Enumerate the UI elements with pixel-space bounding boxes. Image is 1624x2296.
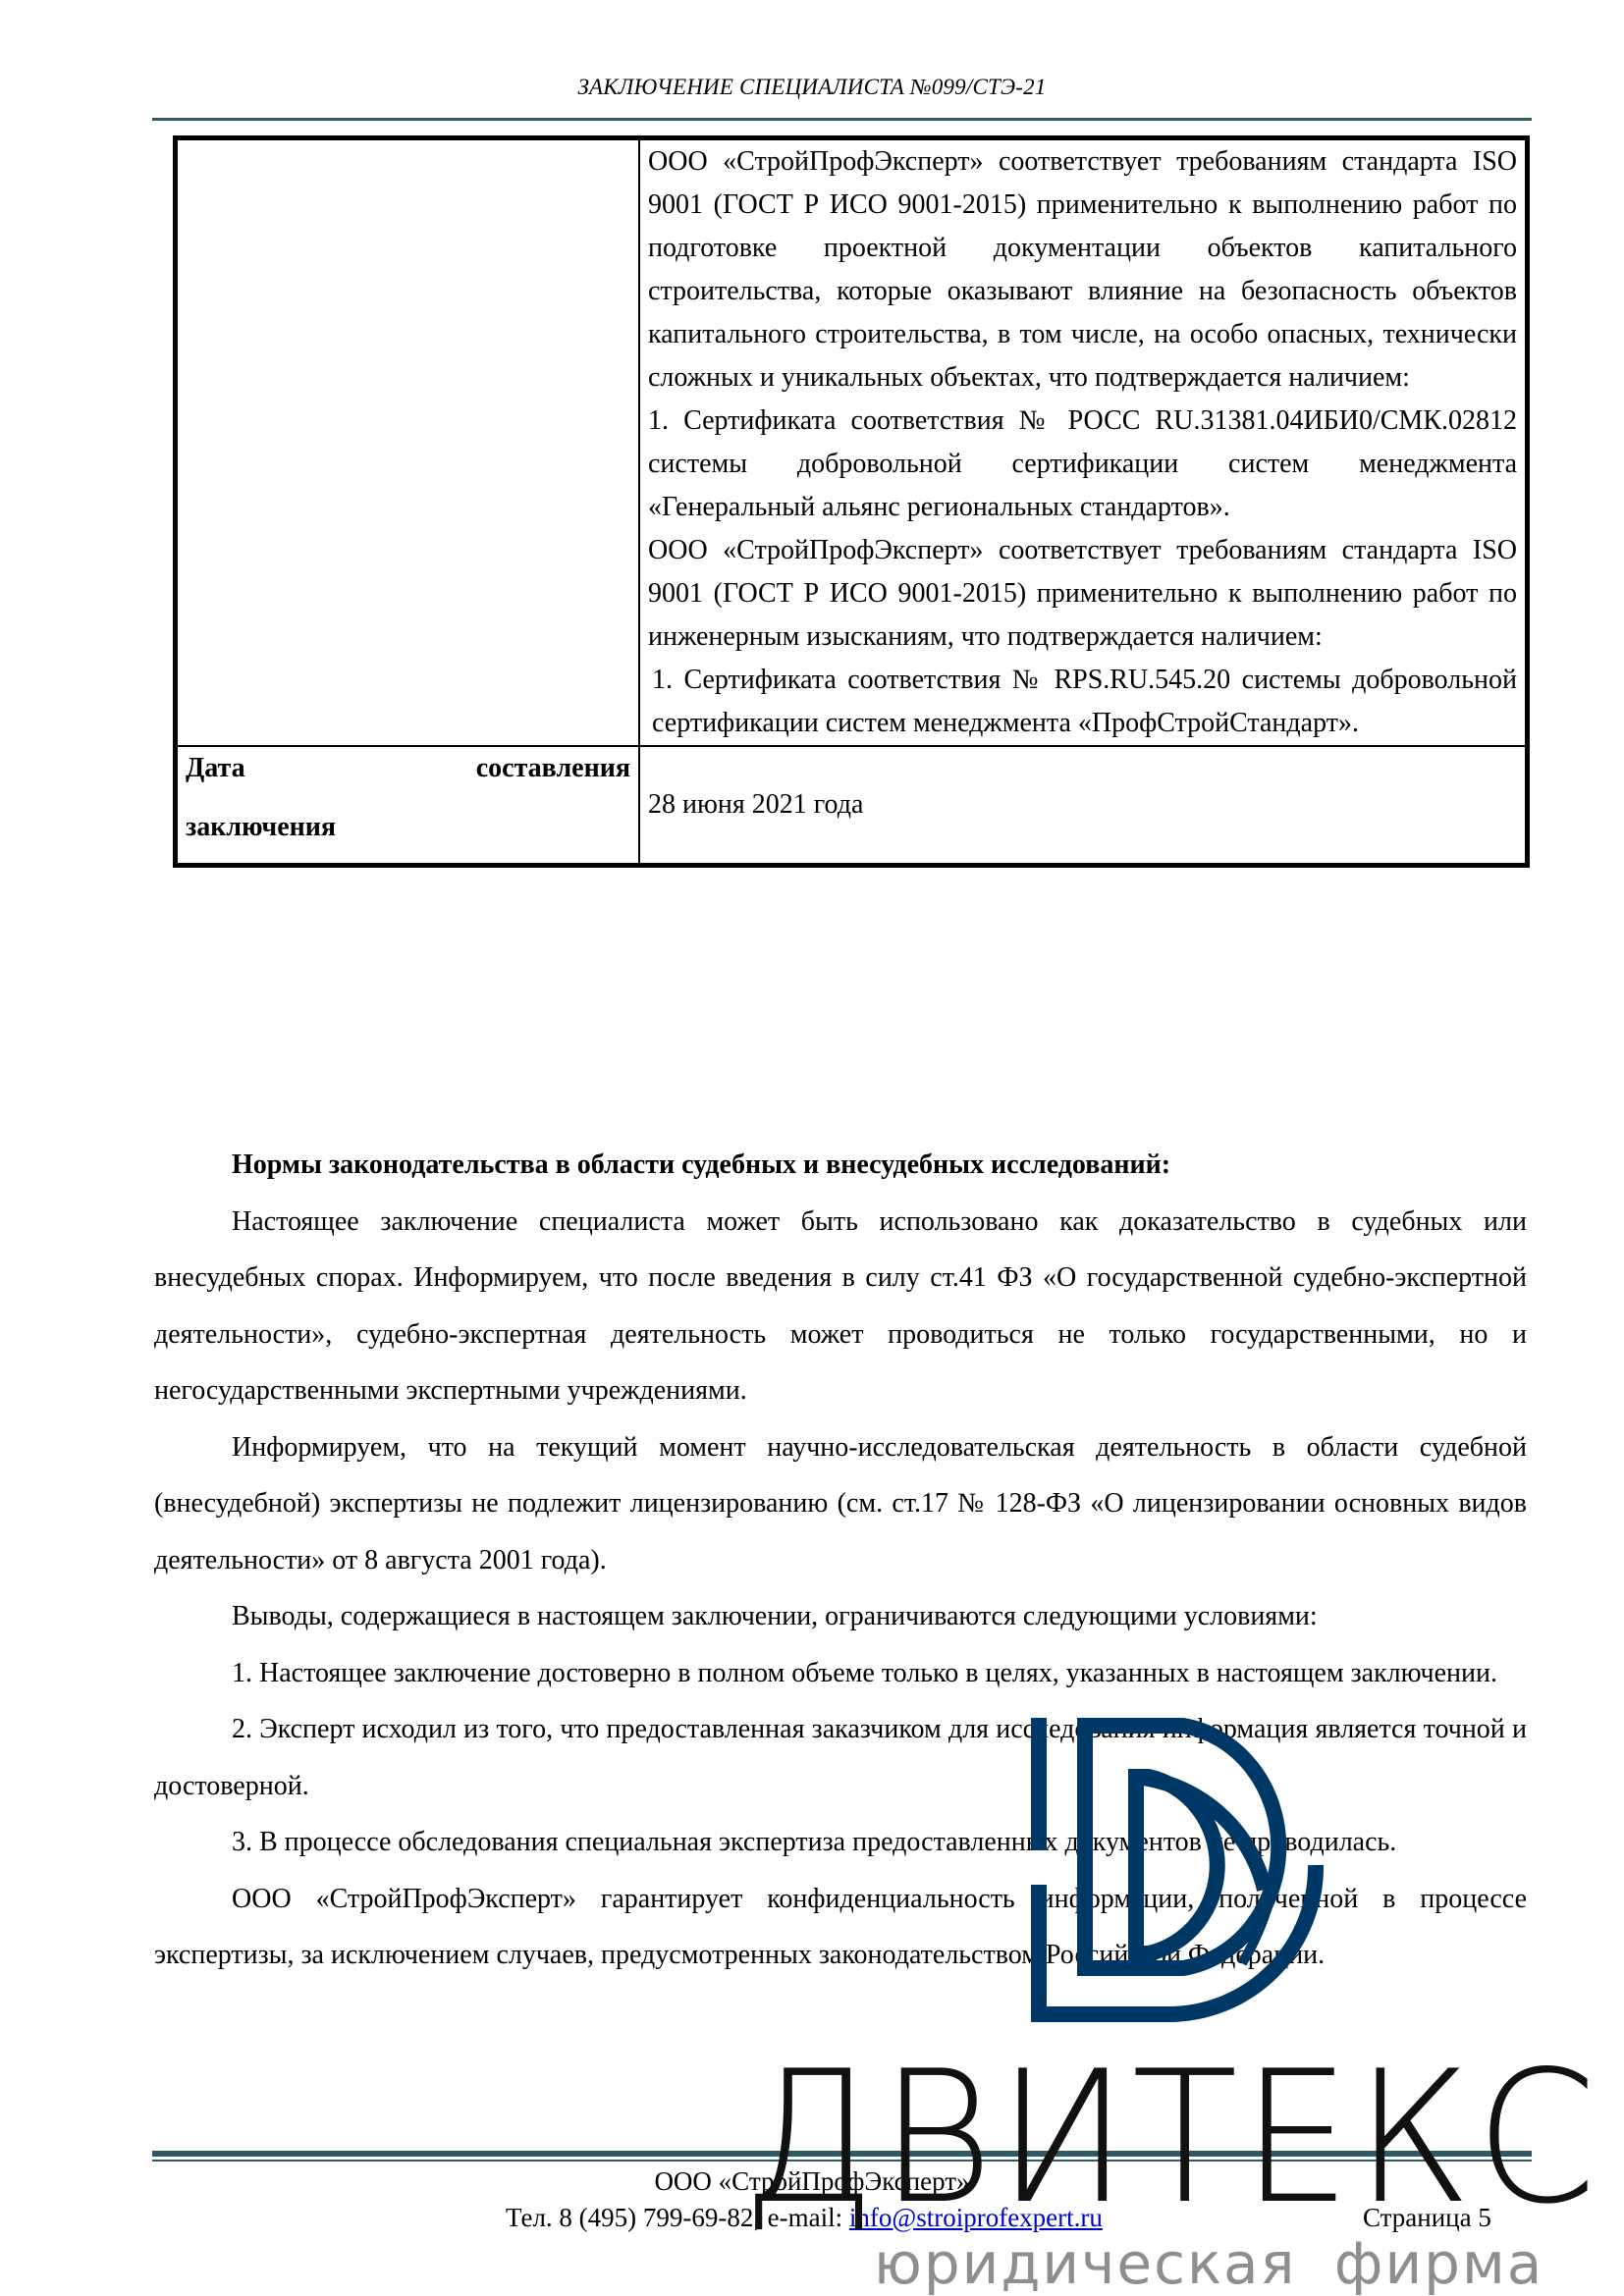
watermark-subtitle: юридическая фирма [874, 2230, 1543, 2296]
body-paragraph: Выводы, содержащиеся в настоящем заключе… [154, 1588, 1527, 1645]
condition-item: 1. Настоящее заключение достоверно в пол… [154, 1645, 1527, 1702]
table-row: ООО «СтройПрофЭксперт» соответствует тре… [176, 138, 1528, 747]
date-label: Дата составления заключения [176, 746, 640, 866]
header-divider [152, 118, 1532, 121]
body-paragraph: Информируем, что на текущий момент научн… [154, 1419, 1527, 1589]
certificate-item: 1. Сертификата соответствия № РОСС RU.31… [648, 400, 1517, 529]
info-table: ООО «СтройПрофЭксперт» соответствует тре… [173, 135, 1530, 868]
date-label-word: составления [476, 747, 630, 790]
table-row: Дата составления заключения 28 июня 2021… [176, 746, 1528, 866]
certificate-item: 1. Сертификата соответствия № RPS.RU.545… [648, 659, 1517, 745]
section-heading: Нормы законодательства в области судебны… [154, 1137, 1527, 1194]
date-label-word: Дата [186, 747, 245, 790]
date-label-word: заключения [186, 806, 630, 849]
body-paragraph: Настоящее заключение специалиста может б… [154, 1194, 1527, 1419]
date-value: 28 июня 2021 года [639, 746, 1528, 866]
table-label-cell [176, 138, 640, 747]
certification-paragraph: ООО «СтройПрофЭксперт» соответствует тре… [648, 529, 1517, 659]
watermark-brand: ДВИТЕКС [741, 2047, 1600, 2229]
certification-paragraph: ООО «СтройПрофЭксперт» соответствует тре… [648, 140, 1517, 400]
dd-monogram-icon [1031, 1718, 1326, 2022]
table-text-cell: ООО «СтройПрофЭксперт» соответствует тре… [639, 138, 1528, 747]
running-header: ЗАКЛЮЧЕНИЕ СПЕЦИАЛИСТА №099/СТЭ-21 [0, 75, 1624, 100]
